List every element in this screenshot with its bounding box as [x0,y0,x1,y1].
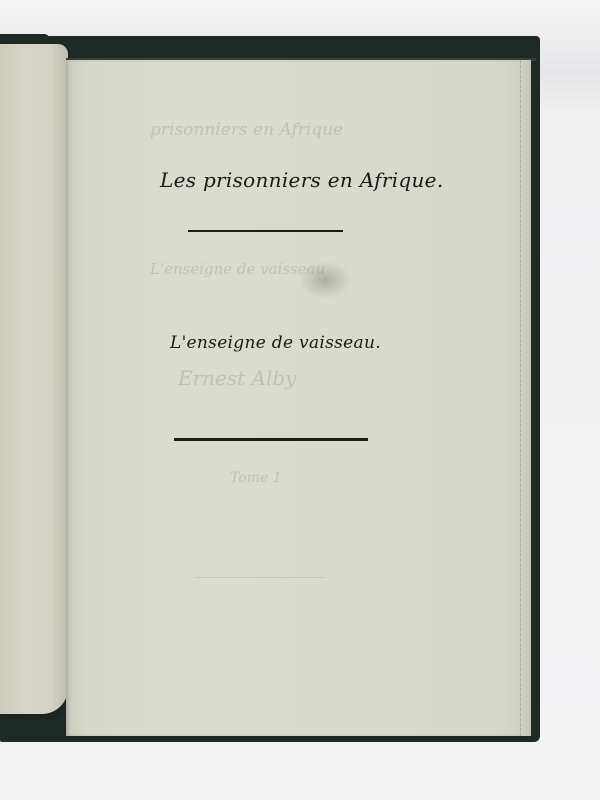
manuscript-subtitle: L'enseigne de vaisseau. [170,333,381,353]
manuscript-title: Les prisonniers en Afrique. [160,168,443,192]
foxing-stain [300,262,350,298]
title-rule-1 [188,230,343,232]
title-rule-2 [174,438,368,441]
left-page [0,44,68,714]
page-deckle-edge [520,60,531,736]
show-through-text-2: L'enseigne de vaisseau [150,260,325,278]
title-page [66,60,530,736]
show-through-text-1: prisonniers en Afrique [150,120,343,140]
show-through-volume: Tome 1 [230,470,282,486]
show-through-author: Ernest Alby [178,366,296,390]
show-through-rule [195,577,325,578]
